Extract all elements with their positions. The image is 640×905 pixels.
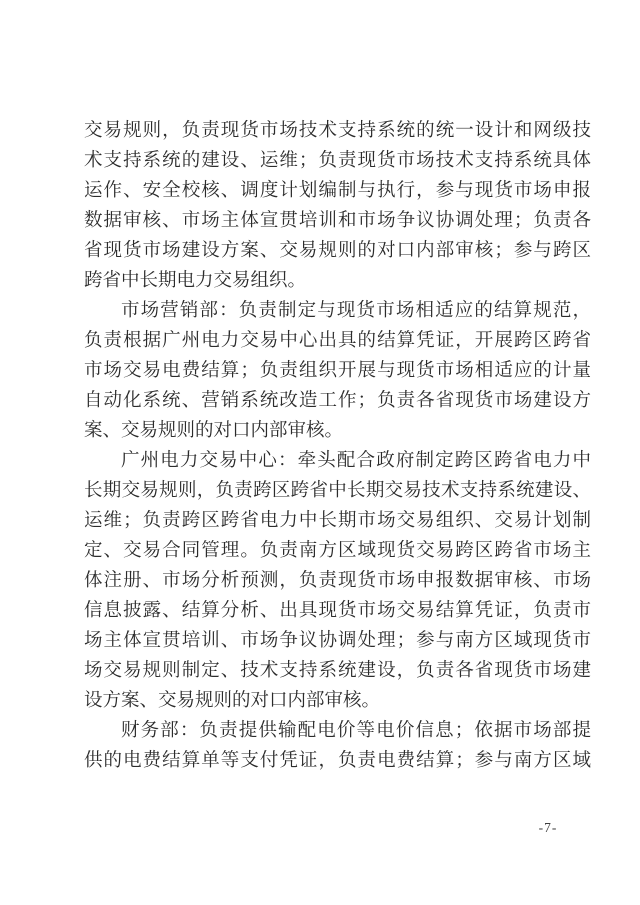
text-line: 省现货市场建设方案、交易规则的对口内部审核；参与跨区 (84, 235, 591, 265)
text-line: 交易规则，负责现货市场技术支持系统的统一设计和网级技 (84, 115, 591, 145)
text-line: 长期交易规则，负责跨区跨省中长期交易技术支持系统建设、 (84, 475, 591, 505)
text-line: 术支持系统的建设、运维；负责现货市场技术支持系统具体 (84, 145, 591, 175)
text-line: 场交易规则制定、技术支持系统建设，负责各省现货市场建 (84, 655, 591, 685)
text-line: 设方案、交易规则的对口内部审核。 (84, 685, 591, 715)
text-line: 数据审核、市场主体宣贯培训和市场争议协调处理；负责各 (84, 205, 591, 235)
text-line: 市场营销部：负责制定与现货市场相适应的结算规范， (84, 295, 591, 325)
text-line: 供的电费结算单等支付凭证，负责电费结算；参与南方区域 (84, 745, 591, 775)
page-number: -7- (524, 820, 572, 836)
text-lines: 交易规则，负责现货市场技术支持系统的统一设计和网级技术支持系统的建设、运维；负责… (84, 115, 591, 775)
text-line: 跨省中长期电力交易组织。 (84, 265, 591, 295)
text-line: 运维；负责跨区跨省电力中长期市场交易组织、交易计划制 (84, 505, 591, 535)
text-line: 财务部：负责提供输配电价等电价信息；依据市场部提 (84, 715, 591, 745)
text-line: 市场交易电费结算；负责组织开展与现货市场相适应的计量 (84, 355, 591, 385)
text-line: 负责根据广州电力交易中心出具的结算凭证，开展跨区跨省 (84, 325, 591, 355)
text-line: 自动化系统、营销系统改造工作；负责各省现货市场建设方 (84, 385, 591, 415)
text-line: 体注册、市场分析预测，负责现货市场申报数据审核、市场 (84, 565, 591, 595)
text-line: 运作、安全校核、调度计划编制与执行，参与现货市场申报 (84, 175, 591, 205)
text-line: 场主体宣贯培训、市场争议协调处理；参与南方区域现货市 (84, 625, 591, 655)
document-page: 交易规则，负责现货市场技术支持系统的统一设计和网级技术支持系统的建设、运维；负责… (0, 0, 640, 905)
text-line: 广州电力交易中心：牵头配合政府制定跨区跨省电力中 (84, 445, 591, 475)
text-line: 案、交易规则的对口内部审核。 (84, 415, 591, 445)
text-line: 信息披露、结算分析、出具现货市场交易结算凭证，负责市 (84, 595, 591, 625)
text-line: 定、交易合同管理。负责南方区域现货交易跨区跨省市场主 (84, 535, 591, 565)
